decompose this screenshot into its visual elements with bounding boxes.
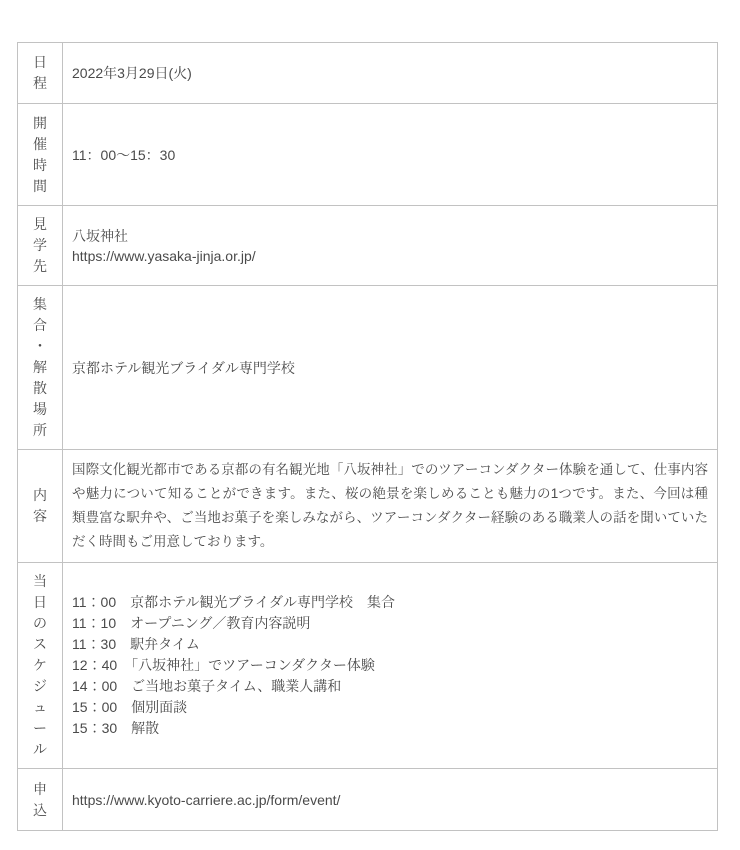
time-value: 11：00～15：30: [63, 104, 718, 206]
row-label-visit-place: 見学先: [18, 206, 63, 286]
table-row-description: 内容 国際文化観光都市である京都の有名観光地「八坂神社」でのツアーコンダクター体…: [18, 450, 718, 563]
row-label-description: 内容: [18, 450, 63, 563]
table-row-date: 日程 2022年3月29日(火): [18, 43, 718, 104]
row-label-time: 開催時間: [18, 104, 63, 206]
row-label-date: 日程: [18, 43, 63, 104]
schedule-item: 12：40 「八坂神社」でツアーコンダクター体験: [72, 655, 708, 676]
date-value: 2022年3月29日(火): [63, 43, 718, 104]
event-info-table: 日程 2022年3月29日(火) 開催時間 11：00～15：30 見学先 八坂…: [17, 42, 718, 831]
table-row-time: 開催時間 11：00～15：30: [18, 104, 718, 206]
table-row-visit-place: 見学先 八坂神社 https://www.yasaka-jinja.or.jp/: [18, 206, 718, 286]
schedule-item: 15：00 個別面談: [72, 697, 708, 718]
visit-place-name: 八坂神社: [72, 226, 708, 246]
meeting-place-value: 京都ホテル観光ブライダル専門学校: [63, 286, 718, 450]
schedule-item: 11：00 京都ホテル観光ブライダル専門学校 集合: [72, 592, 708, 613]
schedule-item: 11：10 オープニング／教育内容説明: [72, 613, 708, 634]
row-label-meeting-place: 集合・解散場所: [18, 286, 63, 450]
event-info-section: 日程 2022年3月29日(火) 開催時間 11：00～15：30 見学先 八坂…: [17, 42, 718, 831]
row-label-application: 申込: [18, 769, 63, 831]
table-row-meeting-place: 集合・解散場所 京都ホテル観光ブライダル専門学校: [18, 286, 718, 450]
table-row-schedule: 当日のスケジュール 11：00 京都ホテル観光ブライダル専門学校 集合 11：1…: [18, 563, 718, 769]
description-cell: 国際文化観光都市である京都の有名観光地「八坂神社」でのツアーコンダクター体験を通…: [63, 450, 718, 563]
visit-place-url: https://www.yasaka-jinja.or.jp/: [72, 246, 708, 266]
row-label-schedule: 当日のスケジュール: [18, 563, 63, 769]
schedule-item: 11：30 駅弁タイム: [72, 634, 708, 655]
schedule-item: 14：00 ご当地お菓子タイム、職業人講和: [72, 676, 708, 697]
visit-place-cell: 八坂神社 https://www.yasaka-jinja.or.jp/: [63, 206, 718, 286]
application-url: https://www.kyoto-carriere.ac.jp/form/ev…: [63, 769, 718, 831]
schedule-item: 15：30 解散: [72, 718, 708, 739]
schedule-cell: 11：00 京都ホテル観光ブライダル専門学校 集合 11：10 オープニング／教…: [63, 563, 718, 769]
description-text: 国際文化観光都市である京都の有名観光地「八坂神社」でのツアーコンダクター体験を通…: [72, 458, 708, 554]
table-row-application: 申込 https://www.kyoto-carriere.ac.jp/form…: [18, 769, 718, 831]
